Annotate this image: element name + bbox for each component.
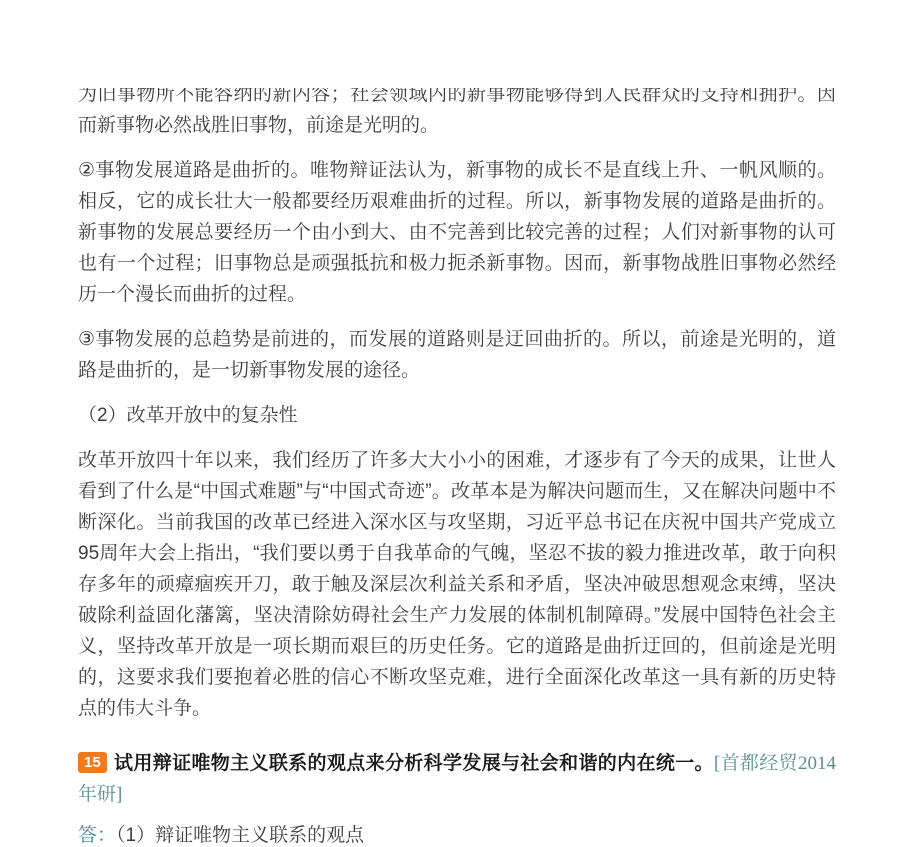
answer-text: （1）辩证唯物主义联系的观点	[116, 825, 364, 846]
document-page: 为旧事物所不能容纳的新内容；社会领域内的新事物能够得到人民群众的支持和拥护。因而…	[0, 0, 900, 847]
question-text: 试用辩证唯物主义联系的观点来分析科学发展与社会和谐的内在统一。	[114, 753, 714, 774]
body-paragraph-continuation: 为旧事物所不能容纳的新内容；社会领域内的新事物能够得到人民群众的支持和拥护。因而…	[78, 88, 836, 141]
answer-label: 答：	[78, 825, 116, 846]
question-number-badge: 15	[78, 752, 107, 773]
body-paragraph-point-3: ③事物发展的总趋势是前进的，而发展的道路则是迂回曲折的。所以，前途是光明的，道路…	[78, 324, 836, 386]
answer-line: 答：（1）辩证唯物主义联系的观点	[78, 820, 836, 847]
question-item: 15试用辩证唯物主义联系的观点来分析科学发展与社会和谐的内在统一。[首都经贸20…	[78, 748, 836, 810]
section-subheading: （2）改革开放中的复杂性	[78, 400, 836, 431]
body-paragraph-reform: 改革开放四十年以来，我们经历了许多大大小小的困难，才逐步有了今天的成果，让世人看…	[78, 445, 836, 724]
text-content-area: 为旧事物所不能容纳的新内容；社会领域内的新事物能够得到人民群众的支持和拥护。因而…	[78, 88, 836, 847]
text-flow: 为旧事物所不能容纳的新内容；社会领域内的新事物能够得到人民群众的支持和拥护。因而…	[78, 88, 836, 847]
body-paragraph-point-2: ②事物发展道路是曲折的。唯物辩证法认为，新事物的成长不是直线上升、一帆风顺的。相…	[78, 155, 836, 310]
